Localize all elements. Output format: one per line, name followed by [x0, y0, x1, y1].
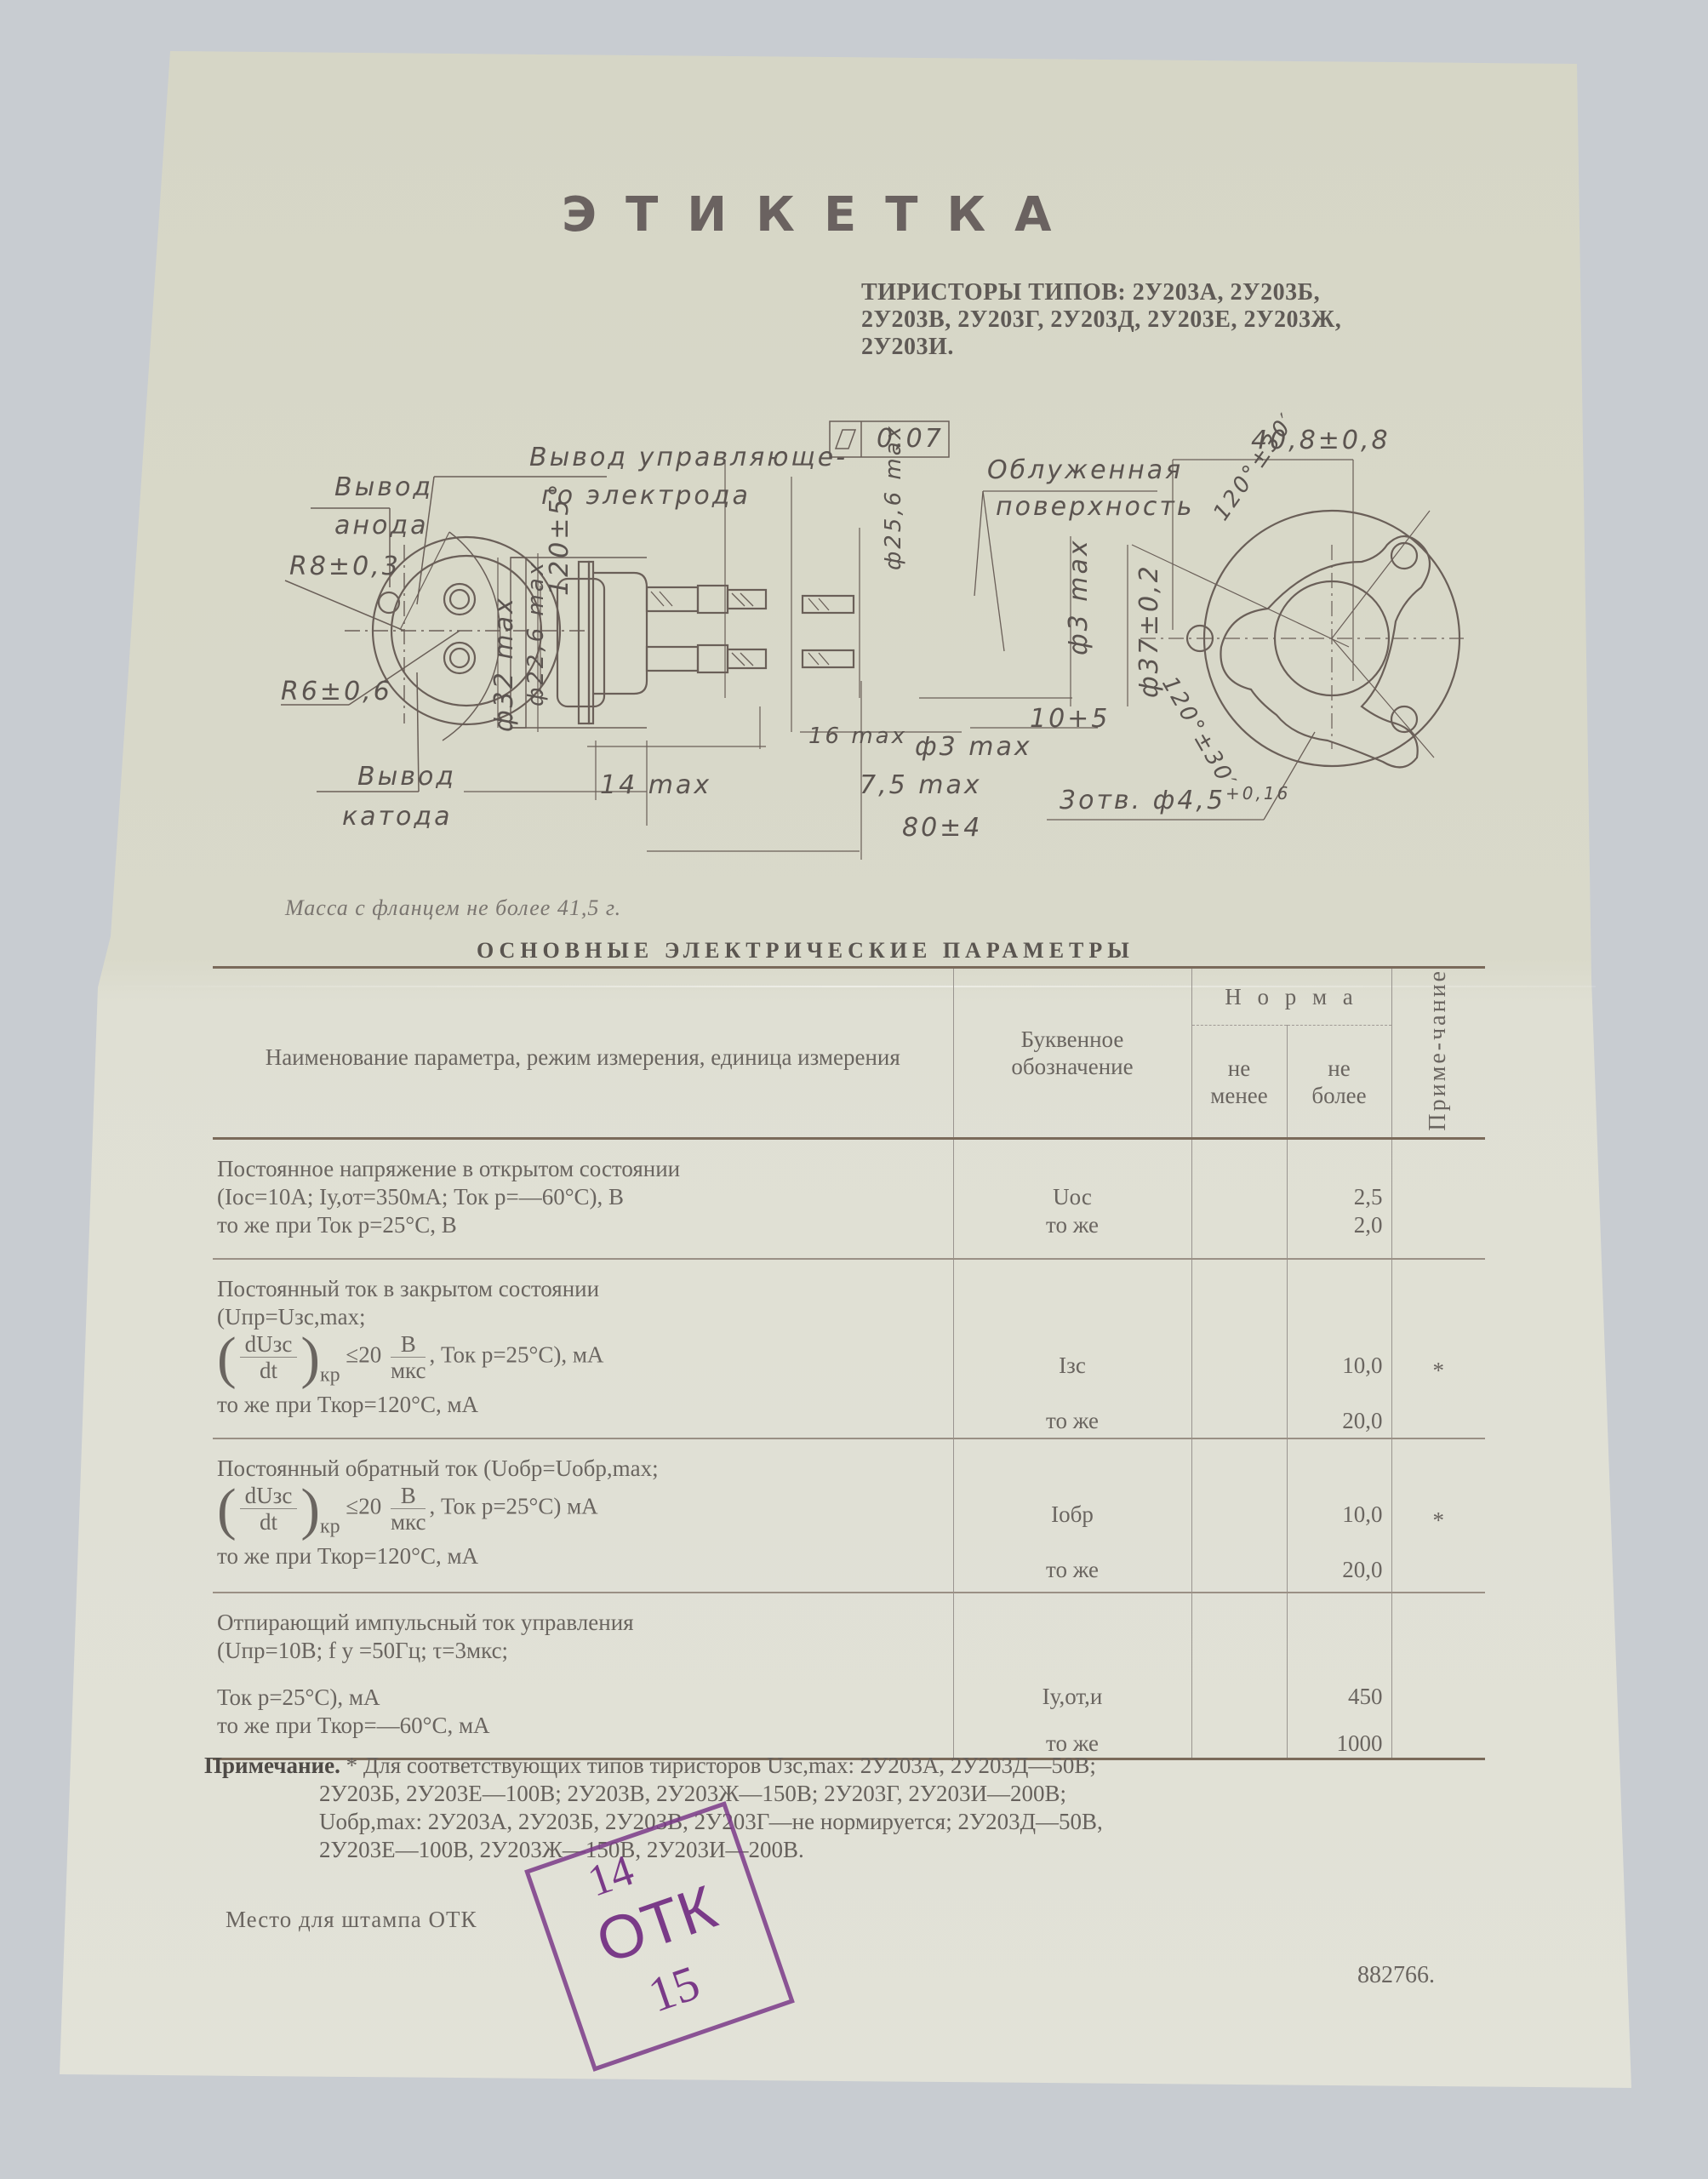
- param-cell: Отпирающий импульсный ток управления (Uп…: [213, 1593, 953, 1759]
- label-anode-2: анода: [334, 511, 428, 540]
- label-angle-pins: 120±5°: [545, 482, 574, 596]
- technical-drawing: [0, 0, 1708, 885]
- label-flatness: 0,07: [877, 424, 944, 454]
- label-tinned-1: Облуженная: [987, 455, 1183, 485]
- min-cell: [1191, 1438, 1287, 1593]
- footnote-line-2: 2У203Б, 2У203Е—100В; 2У203В, 2У203Ж—150В…: [204, 1780, 1498, 1808]
- label-len7-5: 7,5 max: [860, 770, 982, 800]
- footnote-line-1: * Для соответствующих типов тиристоров U…: [340, 1753, 1096, 1778]
- label-r6: R6±0,6: [281, 677, 392, 706]
- label-d3-lead: ф3 max: [915, 732, 1032, 762]
- label-cathode-2: катода: [342, 802, 452, 832]
- label-tinned-2: поверхность: [996, 492, 1195, 522]
- note-cell: [1391, 1593, 1485, 1759]
- max-cell: 10,0 20,0: [1287, 1259, 1391, 1438]
- table-row: Постоянное напряжение в открытом состоян…: [213, 1138, 1485, 1259]
- document-number: 882766.: [1357, 1962, 1435, 1989]
- label-len14: 14 max: [600, 770, 711, 800]
- label-d32: ф32 max: [489, 596, 519, 732]
- parameters-table: Наименование параметра, режим измерения,…: [213, 966, 1485, 1760]
- symbol-cell: Iзс то же: [953, 1259, 1191, 1438]
- label-gate-1: Вывод управляюще-: [529, 443, 848, 472]
- table-row: Постоянный обратный ток (Uобр=Uобр,max; …: [213, 1438, 1485, 1593]
- section-heading: ОСНОВНЫЕ ЭЛЕКТРИЧЕСКИЕ ПАРАМЕТРЫ: [477, 938, 1134, 964]
- stamp-placeholder-label: Место для штампа ОТК: [226, 1907, 477, 1933]
- symbol-cell: Iу,от,и то же: [953, 1593, 1191, 1759]
- param-cell: Постоянный обратный ток (Uобр=Uобр,max; …: [213, 1438, 953, 1593]
- label-r8: R8±0,3: [289, 552, 401, 581]
- min-cell: [1191, 1259, 1287, 1438]
- header-max: не более: [1287, 1026, 1391, 1138]
- mass-note: Масса с фланцем не более 41,5 г.: [285, 895, 621, 921]
- note-cell: *: [1391, 1259, 1485, 1438]
- label-d37: ф37±0,2: [1134, 563, 1164, 698]
- table-row: Постоянный ток в закрытом состоянии (Uпр…: [213, 1259, 1485, 1438]
- symbol-cell: Uос то же: [953, 1138, 1191, 1259]
- label-holes-tol: +0,16: [1225, 783, 1290, 804]
- header-min: не менее: [1191, 1026, 1287, 1138]
- param-cell: Постоянное напряжение в открытом состоян…: [213, 1138, 953, 1259]
- label-d22-6: ф22,6 max: [523, 560, 549, 706]
- max-cell: 450 1000: [1287, 1593, 1391, 1759]
- footnote-line-4: 2У203Е—100В, 2У203Ж—150В, 2У203И—200В.: [204, 1836, 1498, 1864]
- note-cell: [1391, 1138, 1485, 1259]
- derivative-condition: (dUзсdt)кр ≤20 Вмкс, Ток р=25°С) мА: [217, 1483, 945, 1542]
- header-symbol: Буквенное обозначение: [953, 968, 1191, 1139]
- footnote-line-3: Uобр,max: 2У203А, 2У203Б, 2У203В, 2У203Г…: [204, 1808, 1498, 1836]
- table-header-row: Наименование параметра, режим измерения,…: [213, 968, 1485, 1026]
- max-cell: 10,0 20,0: [1287, 1438, 1391, 1593]
- label-holes: 3отв. ф4,5+0,16: [1060, 783, 1290, 815]
- footnote-lead: Примечание.: [204, 1753, 340, 1778]
- label-d3-vert: ф3 max: [1064, 538, 1094, 655]
- min-cell: [1191, 1593, 1287, 1759]
- footnote: Примечание. * Для соответствующих типов …: [204, 1752, 1498, 1864]
- header-param: Наименование параметра, режим измерения,…: [213, 968, 953, 1139]
- header-note: Приме-чание: [1391, 968, 1485, 1139]
- min-cell: [1191, 1138, 1287, 1259]
- label-len80: 80±4: [902, 813, 982, 843]
- symbol-cell: Iобр то же: [953, 1438, 1191, 1593]
- label-anode-1: Вывод: [334, 472, 433, 502]
- table-row: Отпирающий импульсный ток управления (Uп…: [213, 1593, 1485, 1759]
- derivative-condition: (dUзсdt)кр ≤20 Вмкс, Ток р=25°С), мА: [217, 1331, 945, 1391]
- note-cell: *: [1391, 1438, 1485, 1593]
- header-norm: Н о р м а: [1191, 968, 1391, 1026]
- label-cathode-1: Вывод: [357, 762, 456, 792]
- label-len10: 10+5: [1030, 704, 1110, 734]
- param-cell: Постоянный ток в закрытом состоянии (Uпр…: [213, 1259, 953, 1438]
- max-cell: 2,5 2,0: [1287, 1138, 1391, 1259]
- label-len16: 16 max: [808, 723, 907, 749]
